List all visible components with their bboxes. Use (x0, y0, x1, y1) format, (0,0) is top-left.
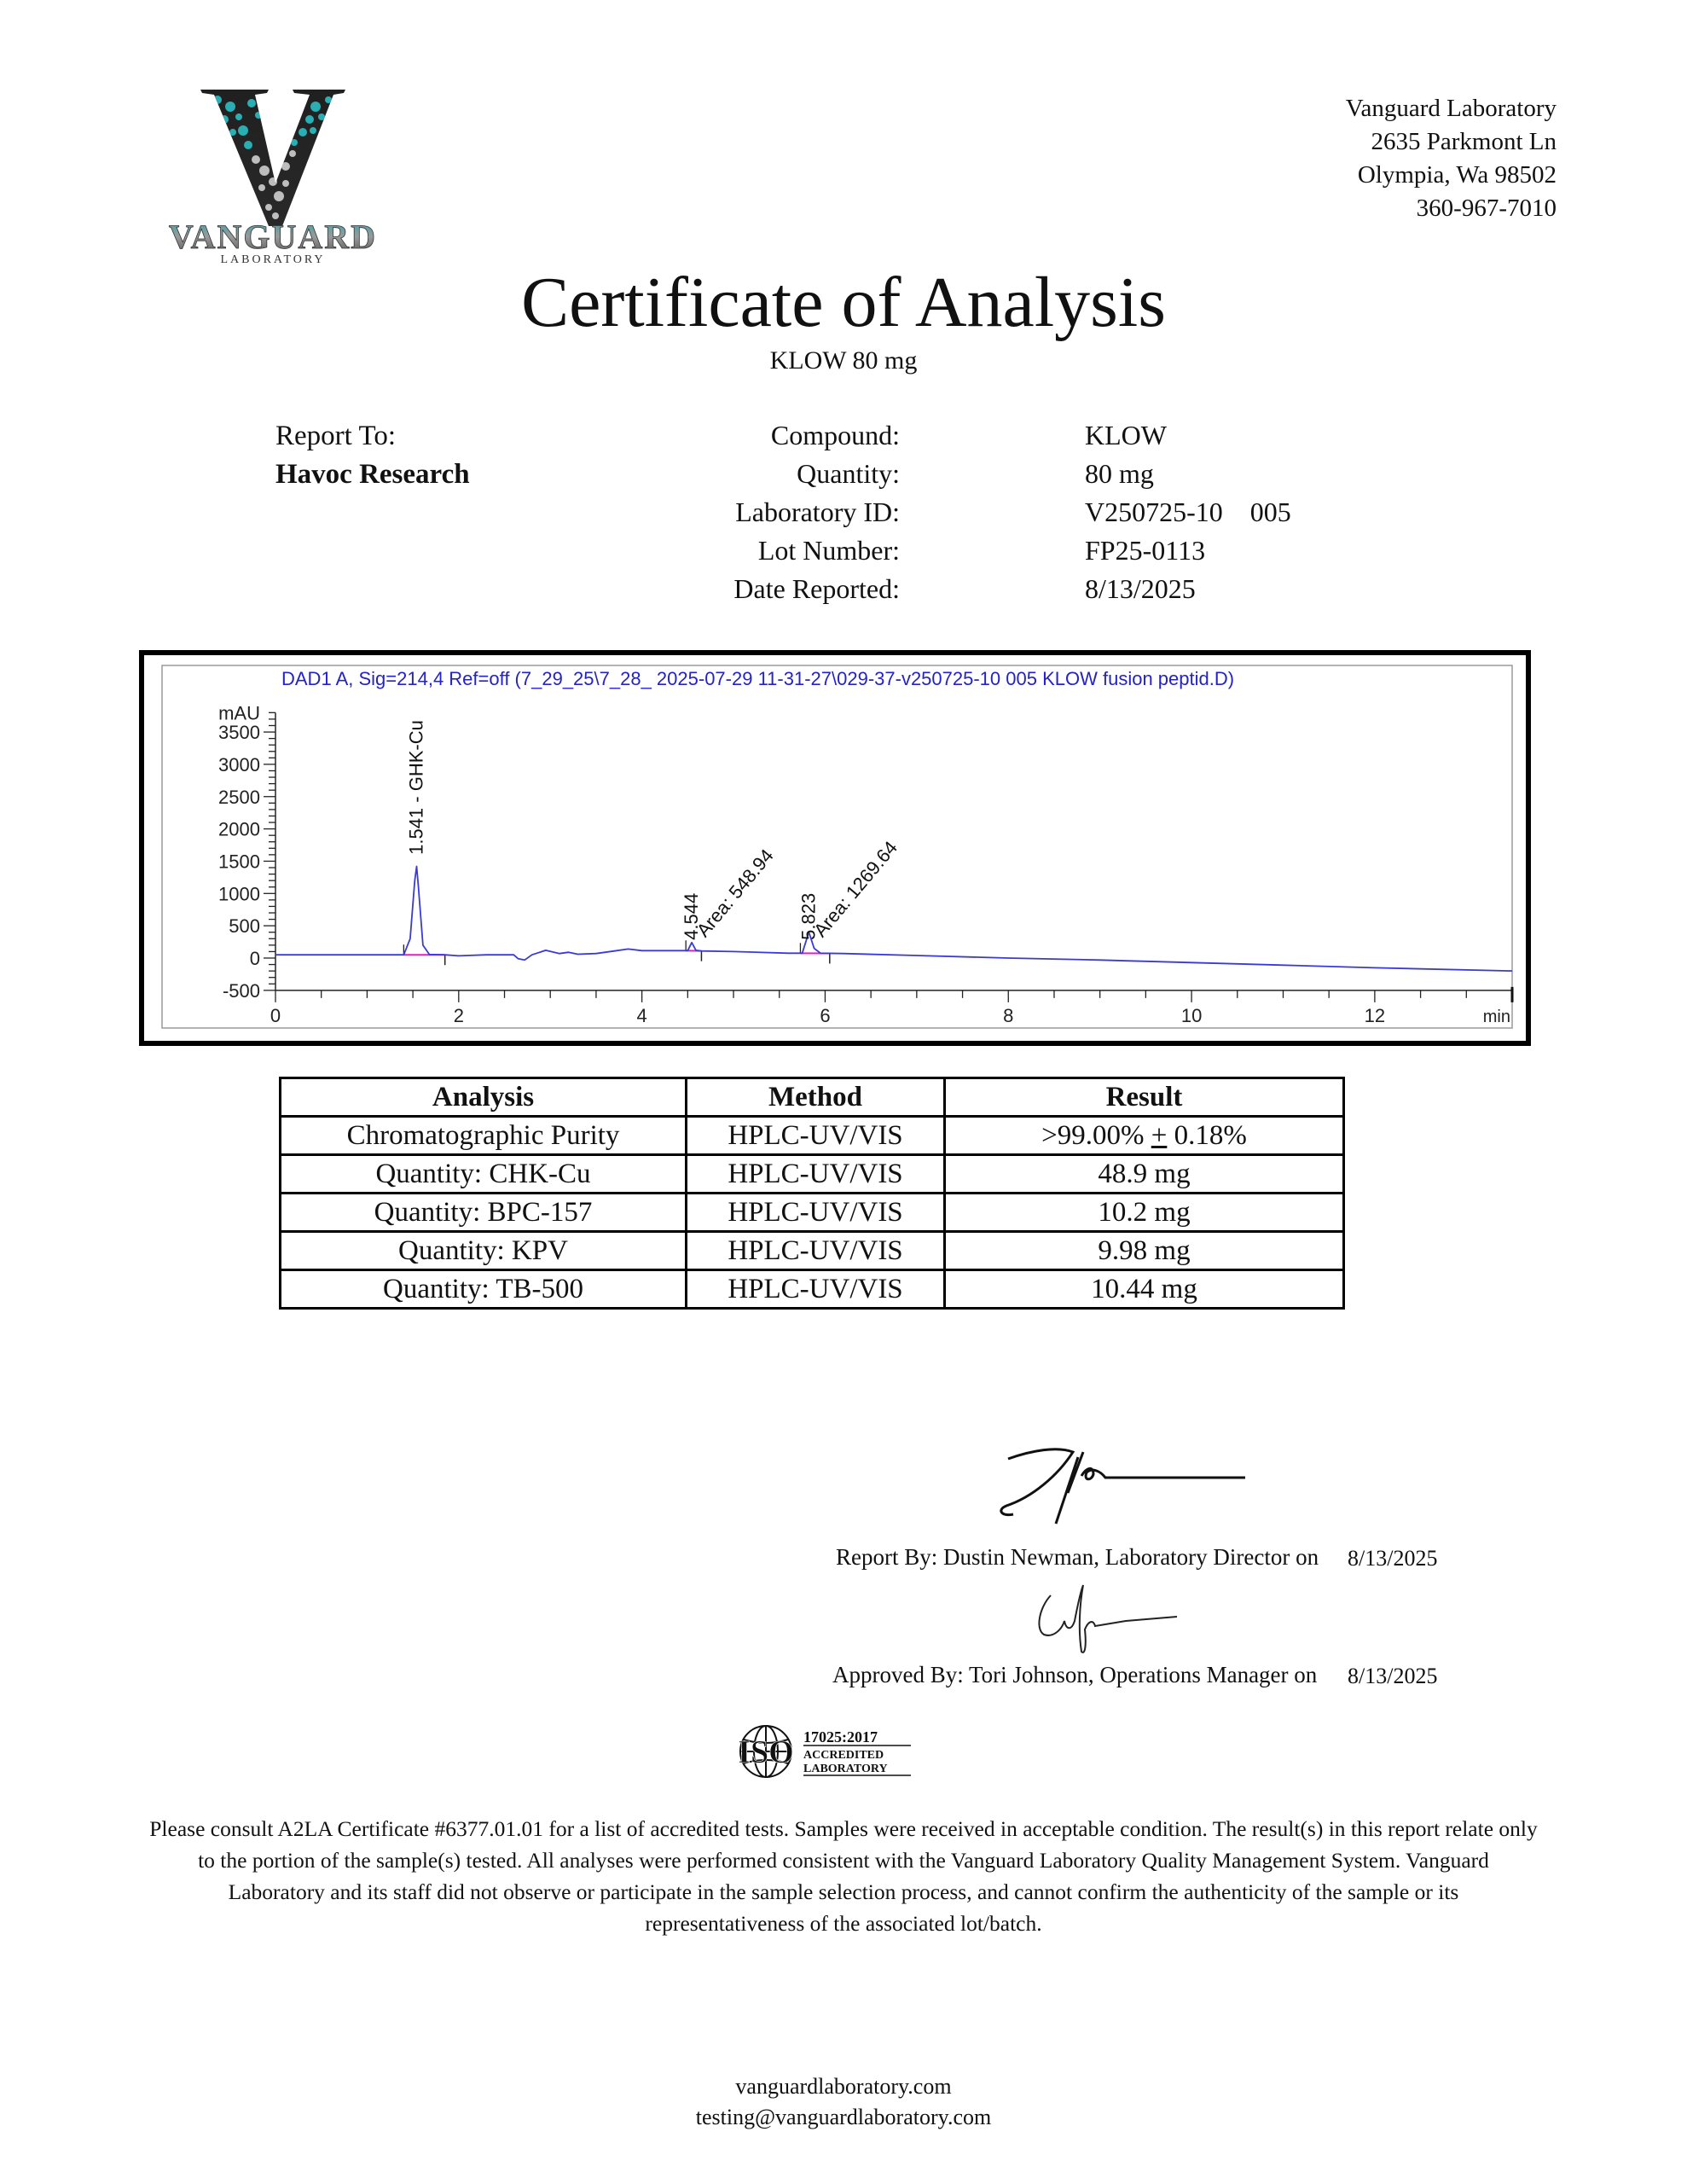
header-analysis: Analysis (281, 1078, 687, 1117)
x-tick-label: 6 (820, 1005, 830, 1026)
lab-phone: 360-967-7010 (1346, 192, 1557, 225)
approved-by-line: Approved By: Tori Johnson, Operations Ma… (832, 1662, 1317, 1688)
results-table: Analysis Method Result Chromatographic P… (279, 1077, 1345, 1310)
x-tick-label: 4 (637, 1005, 647, 1026)
website-link[interactable]: vanguardlaboratory.com (0, 2071, 1687, 2102)
result-suffix: 0.18% (1167, 1120, 1247, 1151)
manager-signature (1032, 1578, 1211, 1655)
lab-name: Vanguard Laboratory (1346, 92, 1557, 125)
y-tick-label: 0 (250, 948, 260, 969)
email-link[interactable]: testing@vanguardlaboratory.com (0, 2102, 1687, 2133)
info-row-quantity: Quantity: 80 mg (768, 458, 1450, 497)
table-row: Chromatographic Purity HPLC-UV/VIS >99.0… (281, 1117, 1344, 1155)
cell-method: HPLC-UV/VIS (687, 1155, 945, 1194)
y-tick-label: 2000 (218, 819, 260, 840)
document-title: Certificate of Analysis (0, 260, 1687, 346)
info-value: 8/13/2025 (1085, 573, 1196, 605)
info-value: FP25-0113 (1085, 535, 1205, 566)
iso-line2: LABORATORY (803, 1763, 888, 1775)
y-tick-label: 1500 (218, 851, 260, 872)
report-to-label: Report To: (275, 421, 396, 452)
y-tick-label: 3000 (218, 754, 260, 775)
info-label: Lot Number: (758, 535, 900, 566)
cell-result: 48.9 mg (945, 1155, 1344, 1194)
lab-city: Olympia, Wa 98502 (1346, 159, 1557, 192)
iso-standard: 17025:2017 (803, 1728, 878, 1745)
lab-street: 2635 Parkmont Ln (1346, 125, 1557, 159)
y-tick-label: 1000 (218, 883, 260, 904)
director-signature (998, 1433, 1279, 1527)
x-tick-label: 12 (1365, 1005, 1385, 1026)
vanguard-logo: VANGUARD LABORATORY (166, 81, 380, 264)
plus-minus-symbol: + (1151, 1120, 1168, 1151)
report-by-line: Report By: Dustin Newman, Laboratory Dir… (836, 1544, 1319, 1571)
table-header-row: Analysis Method Result (281, 1078, 1344, 1117)
lab-address: Vanguard Laboratory 2635 Parkmont Ln Oly… (1346, 92, 1557, 225)
cell-result: 9.98 mg (945, 1232, 1344, 1270)
x-axis-unit: min (1483, 1008, 1510, 1026)
table-row: Quantity: KPV HPLC-UV/VIS 9.98 mg (281, 1232, 1344, 1270)
report-by-date: 8/13/2025 (1348, 1546, 1437, 1571)
header-method: Method (687, 1078, 945, 1117)
cell-result: 10.2 mg (945, 1194, 1344, 1232)
info-value: KLOW (1085, 420, 1167, 451)
iso-mark: ISO (738, 1734, 793, 1770)
cell-analysis: Quantity: KPV (281, 1232, 687, 1270)
cell-method: HPLC-UV/VIS (687, 1194, 945, 1232)
y-tick-label: 3500 (218, 722, 260, 743)
table-row: Quantity: BPC-157 HPLC-UV/VIS 10.2 mg (281, 1194, 1344, 1232)
document-subtitle: KLOW 80 mg (0, 346, 1687, 376)
info-row-laboratory-id: Laboratory ID: V250725-10 005 (768, 497, 1450, 535)
info-label: Compound: (771, 420, 900, 451)
plot-panel (162, 665, 1512, 1028)
disclaimer-text: Please consult A2LA Certificate #6377.01… (149, 1813, 1538, 1939)
x-tick-label: 2 (454, 1005, 464, 1026)
footer: vanguardlaboratory.com testing@vanguardl… (0, 2071, 1687, 2133)
info-value: 80 mg (1085, 458, 1154, 490)
cell-method: HPLC-UV/VIS (687, 1270, 945, 1309)
cell-result: 10.44 mg (945, 1270, 1344, 1309)
iso-line1: ACCREDITED (803, 1749, 884, 1762)
chromatogram-frame: DAD1 A, Sig=214,4 Ref=off (7_29_25\7_28_… (139, 650, 1531, 1046)
info-row-date-reported: Date Reported: 8/13/2025 (768, 573, 1450, 612)
cell-analysis: Quantity: BPC-157 (281, 1194, 687, 1232)
x-tick-label: 0 (270, 1005, 281, 1026)
v-letter-icon (166, 81, 380, 235)
chart-title: DAD1 A, Sig=214,4 Ref=off (7_29_25\7_28_… (281, 668, 1234, 689)
report-to-name: Havoc Research (275, 459, 470, 491)
x-tick-label: 8 (1003, 1005, 1013, 1026)
brand-name: VANGUARD (169, 218, 377, 256)
cell-method: HPLC-UV/VIS (687, 1117, 945, 1155)
cell-analysis: Chromatographic Purity (281, 1117, 687, 1155)
info-row-lot-number: Lot Number: FP25-0113 (768, 535, 1450, 573)
cell-result: >99.00% + 0.18% (945, 1117, 1344, 1155)
cell-method: HPLC-UV/VIS (687, 1232, 945, 1270)
table-row: Quantity: TB-500 HPLC-UV/VIS 10.44 mg (281, 1270, 1344, 1309)
iso-accreditation-badge: ISO 17025:2017 ACCREDITED LABORATORY (725, 1719, 921, 1783)
info-label: Laboratory ID: (735, 497, 900, 528)
peak-label: 1.541 - GHK-Cu (406, 720, 427, 855)
y-tick-label: 2500 (218, 787, 260, 808)
chromatogram-chart: DAD1 A, Sig=214,4 Ref=off (7_29_25\7_28_… (144, 655, 1526, 1041)
result-prefix: >99.00% (1041, 1120, 1151, 1151)
y-axis-unit: mAU (218, 702, 260, 723)
y-tick-label: 500 (229, 915, 260, 937)
cell-analysis: Quantity: TB-500 (281, 1270, 687, 1309)
info-label: Date Reported: (733, 573, 900, 605)
y-tick-label: -500 (223, 980, 260, 1002)
table-row: Quantity: CHK-Cu HPLC-UV/VIS 48.9 mg (281, 1155, 1344, 1194)
info-row-compound: Compound: KLOW (768, 420, 1450, 458)
cell-analysis: Quantity: CHK-Cu (281, 1155, 687, 1194)
approved-by-date: 8/13/2025 (1348, 1664, 1437, 1689)
x-tick-label: 10 (1181, 1005, 1202, 1026)
info-value: V250725-10 005 (1085, 497, 1291, 528)
info-label: Quantity: (797, 458, 900, 490)
header-result: Result (945, 1078, 1344, 1117)
